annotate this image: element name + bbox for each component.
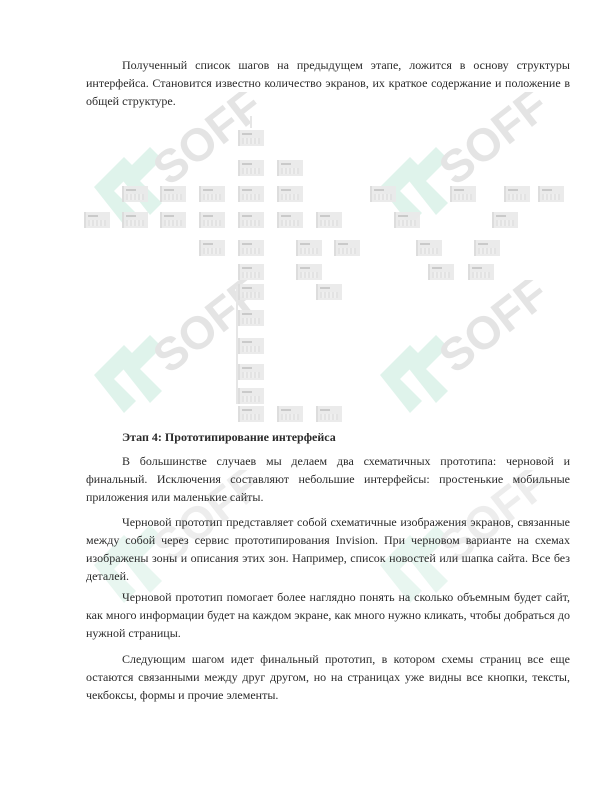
diagram-node: [277, 186, 303, 202]
section-heading: Этап 4: Прототипирование интерфейса: [122, 428, 336, 446]
diagram-node: [474, 240, 500, 256]
diagram-node: [277, 406, 303, 422]
diagram-node: [296, 264, 322, 280]
diagram-node: [370, 186, 396, 202]
diagram-node: [199, 240, 225, 256]
diagram-node: [160, 212, 186, 228]
interface-structure-diagram: [82, 112, 572, 422]
body-paragraph: Черновой прототип помогает более наглядн…: [86, 588, 570, 642]
diagram-node: [238, 284, 264, 300]
body-paragraph: Черновой прототип представляет собой схе…: [86, 513, 570, 585]
diagram-node: [316, 212, 342, 228]
diagram-node: [199, 186, 225, 202]
diagram-node: [238, 364, 264, 380]
diagram-node: [199, 212, 225, 228]
diagram-node: [334, 240, 360, 256]
diagram-node: [84, 212, 110, 228]
diagram-node: [238, 240, 264, 256]
body-paragraph: Следующим шагом идет финальный прототип,…: [86, 650, 570, 704]
diagram-node: [277, 212, 303, 228]
diagram-node: [238, 160, 264, 176]
diagram-node: [122, 186, 148, 202]
diagram-node: [504, 186, 530, 202]
diagram-node: [428, 264, 454, 280]
diagram-node: [316, 284, 342, 300]
diagram-node: [394, 212, 420, 228]
diagram-node: [238, 310, 264, 326]
diagram-node: [538, 186, 564, 202]
intro-paragraph: Полученный список шагов на предыдущем эт…: [86, 56, 570, 110]
diagram-node: [296, 240, 322, 256]
diagram-node: [160, 186, 186, 202]
diagram-node: [238, 212, 264, 228]
diagram-node: [238, 186, 264, 202]
diagram-node: [416, 240, 442, 256]
document-page: SOFF SOFF SOFF SOFF: [0, 0, 612, 792]
diagram-node: [468, 264, 494, 280]
diagram-node: [450, 186, 476, 202]
diagram-node: [316, 406, 342, 422]
diagram-node: [238, 264, 264, 280]
diagram-node: [238, 338, 264, 354]
diagram-node: [277, 160, 303, 176]
diagram-node: [238, 406, 264, 422]
body-paragraph: В большинстве случаев мы делаем два схем…: [86, 452, 570, 506]
diagram-node: [122, 212, 148, 228]
diagram-node: [492, 212, 518, 228]
diagram-node: [238, 388, 264, 404]
diagram-node: [238, 130, 264, 146]
